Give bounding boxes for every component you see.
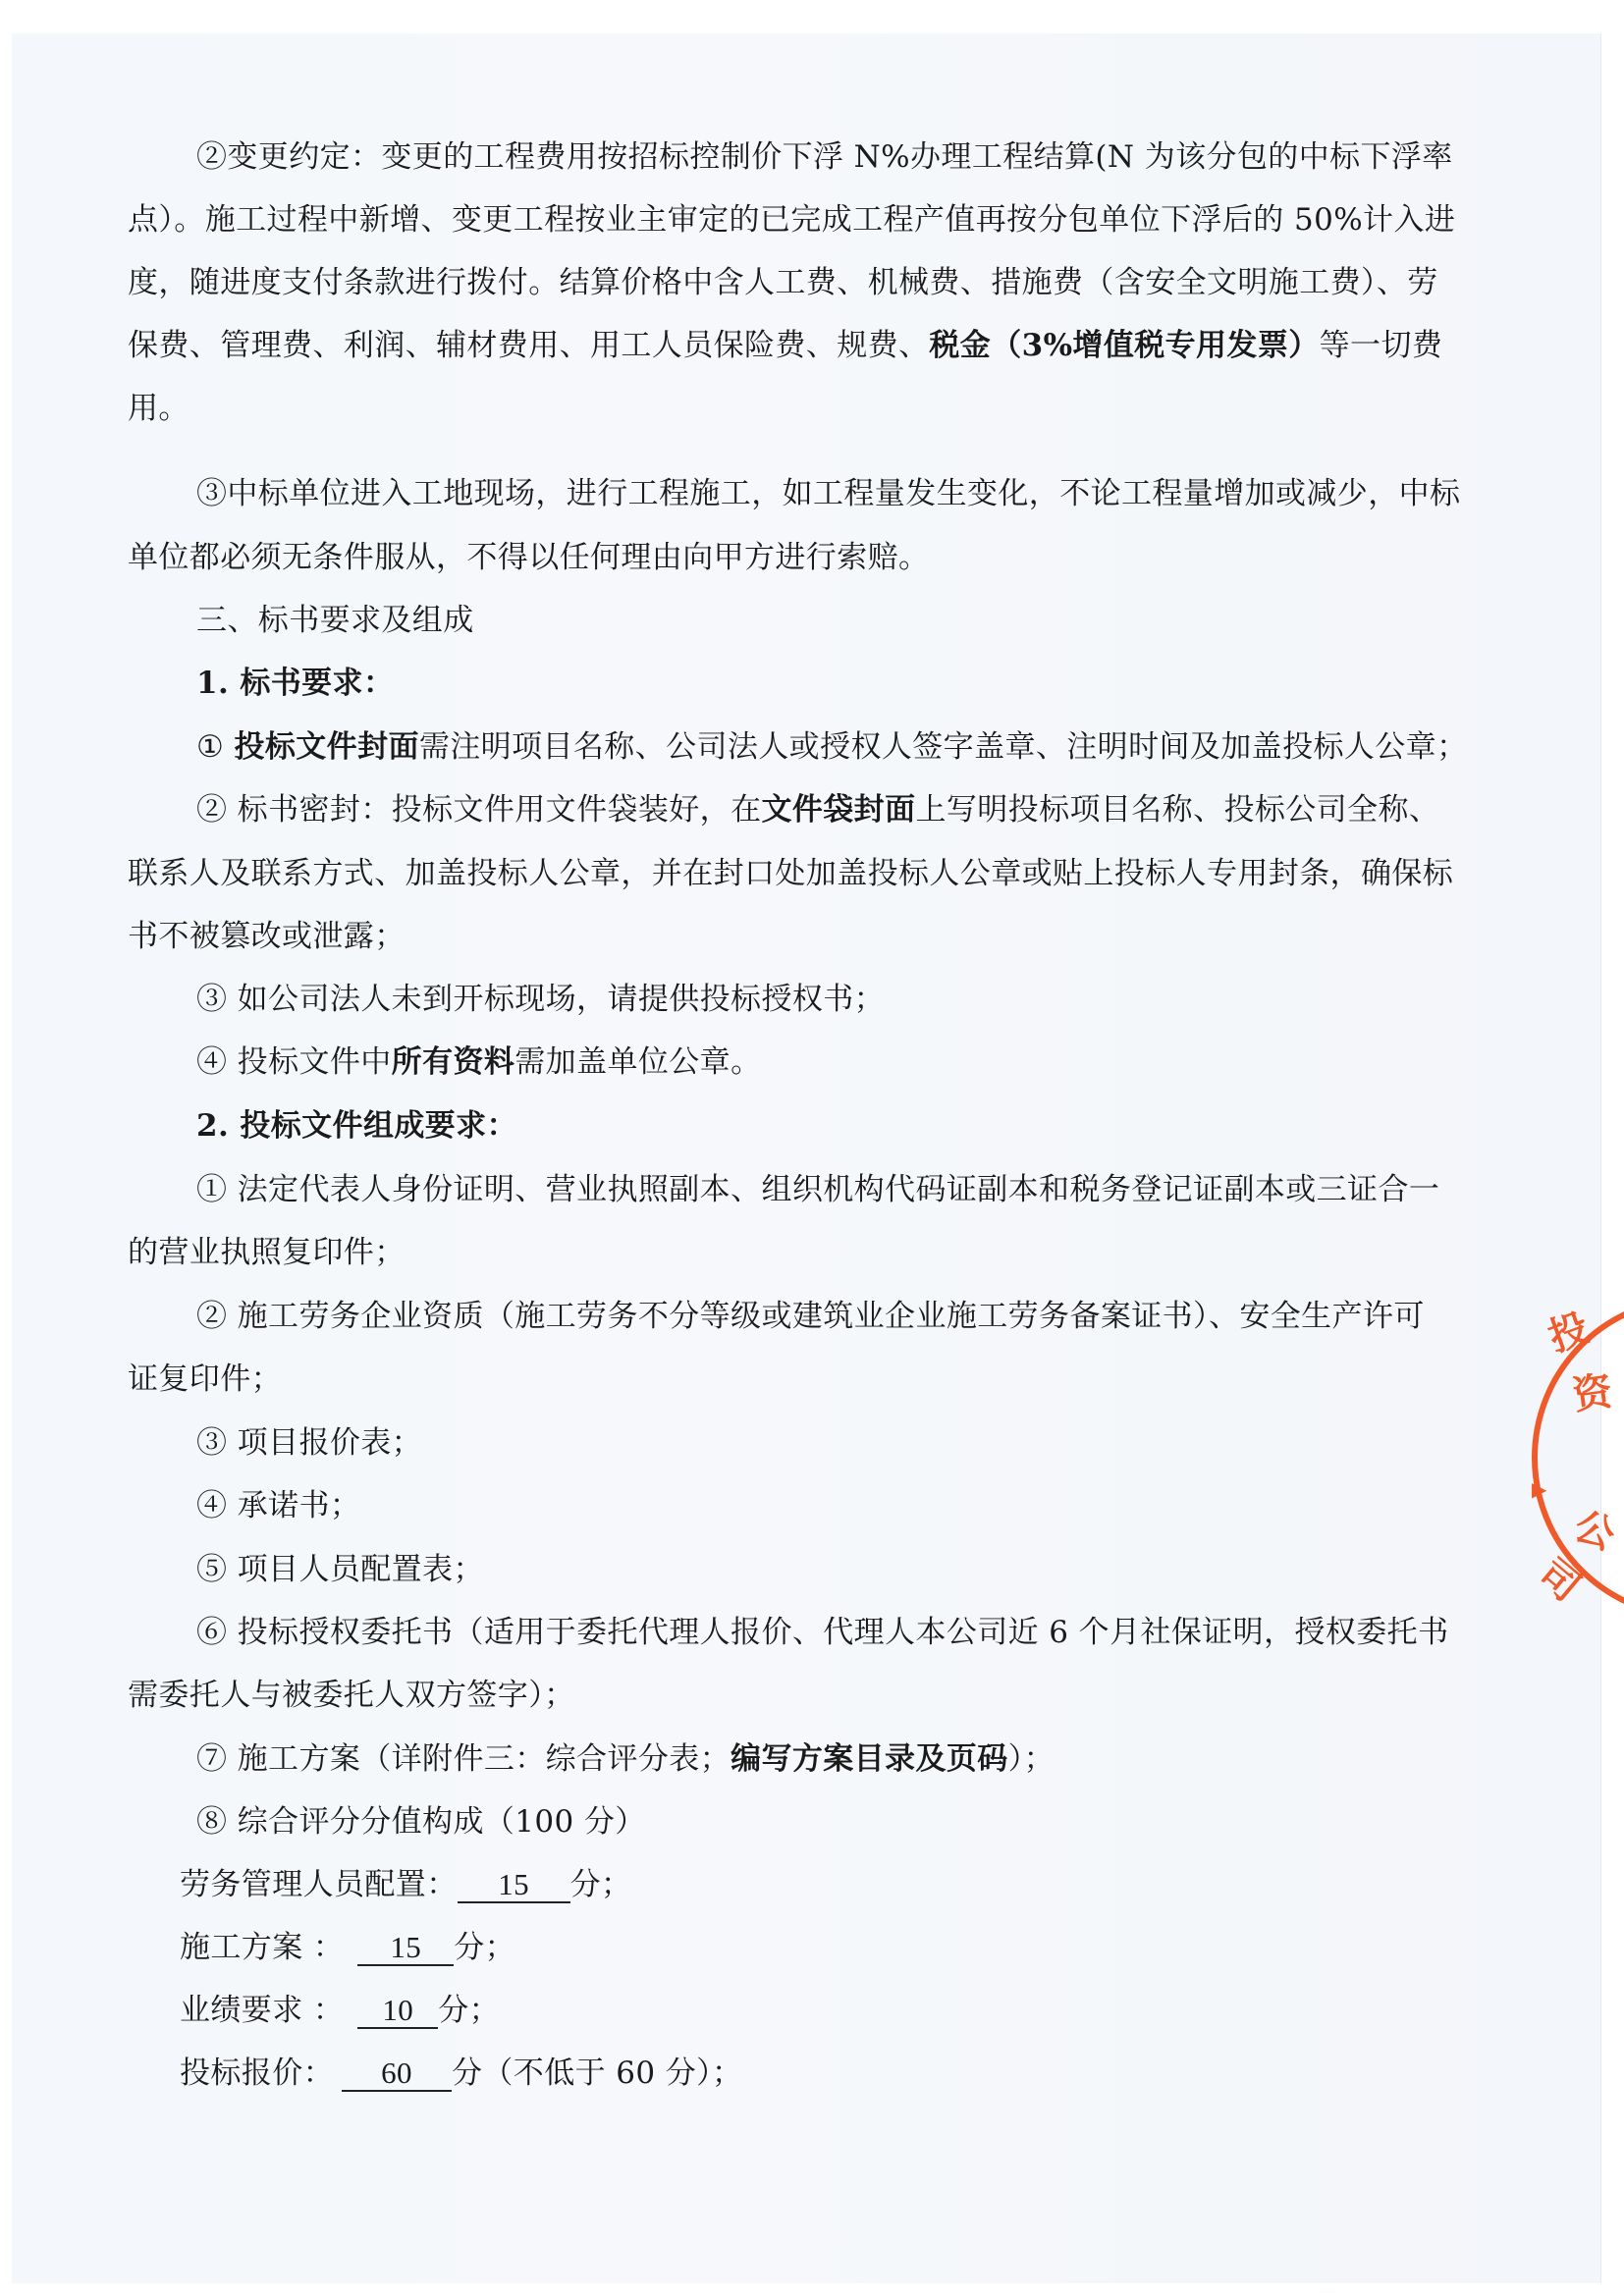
composition-item-7: ⑦ 施工方案（详附件三：综合评分表；编写方案目录及页码）； xyxy=(196,1739,1055,1779)
composition-item-6-line-2: 需委托人与被委托人双方签字）； xyxy=(128,1676,575,1715)
score-unit: 分； xyxy=(438,1993,500,2028)
score-value: 10 xyxy=(357,1994,438,2029)
text: 上写明投标项目名称、投标公司全称、 xyxy=(915,792,1439,828)
score-label: 施工方案 ： xyxy=(180,1930,344,1965)
composition-item-2: ② 施工劳务企业资质（施工劳务不分等级或建筑业企业施工劳务备案证书）、安全生产许… xyxy=(196,1297,1425,1336)
bid-req-item-3: ③ 如公司法人未到开标现场，请提供投标授权书； xyxy=(196,980,885,1019)
composition-item-5: ⑤ 项目人员配置表； xyxy=(196,1550,484,1589)
bid-req-item-4: ④ 投标文件中所有资料需加盖单位公章。 xyxy=(196,1042,761,1082)
num: ① xyxy=(196,729,224,765)
change-agreement-line-3: 度，随进度支付条款进行拨付。结算价格中含人工费、机械费、措施费（含安全文明施工费… xyxy=(128,263,1438,302)
bid-requirements-heading: 1. 标书要求： xyxy=(196,664,394,703)
text: 保费、管理费、利润、辅材费用、用工人员保险费、规费、 xyxy=(128,328,929,363)
all-materials-bold-text: 所有资料 xyxy=(392,1044,515,1080)
composition-item-1: ① 法定代表人身份证明、营业执照副本、组织机构代码证副本和税务登记证副本或三证合… xyxy=(196,1170,1439,1209)
bid-req-item-2-line-3: 书不被篡改或泄露； xyxy=(128,917,406,956)
score-construction-plan: 施工方案 ：15分； xyxy=(180,1928,515,1967)
seal-char: 资 xyxy=(1570,1371,1614,1415)
cover-bold-text: 投标文件封面 xyxy=(234,729,418,765)
company-seal-stamp: 投 资 公 司 ▶ xyxy=(1532,1296,1624,1639)
bid-req-item-2-line-2: 联系人及联系方式、加盖投标人公章，并在封口处加盖投标人公章或贴上投标人专用封条，… xyxy=(128,854,1453,893)
change-agreement-line-4: 保费、管理费、利润、辅材费用、用工人员保险费、规费、税金（3%增值税专用发票）等… xyxy=(128,326,1442,365)
text: ）； xyxy=(1008,1741,1055,1777)
quantity-clause-line-2: 单位都必须无条件服从，不得以任何理由向甲方进行索赔。 xyxy=(128,538,929,577)
tax-bold-text: 税金（3%增值税专用发票） xyxy=(929,328,1319,363)
composition-item-6: ⑥ 投标授权委托书（适用于委托代理人报价、代理人本公司近 6 个月社保证明，授权… xyxy=(196,1613,1448,1652)
text: 标书密封：投标文件用文件袋装好，在 xyxy=(238,792,762,828)
seal-triangle-icon: ▶ xyxy=(1532,1477,1546,1501)
composition-heading: 2. 投标文件组成要求： xyxy=(196,1106,517,1146)
score-value: 15 xyxy=(458,1868,570,1903)
score-unit: 分； xyxy=(454,1930,515,1965)
score-note: （不低于 60 分）； xyxy=(482,2056,742,2091)
score-label: 劳务管理人员配置： xyxy=(180,1867,458,1902)
score-value: 60 xyxy=(342,2056,452,2092)
composition-item-4: ④ 承诺书； xyxy=(196,1486,360,1525)
score-unit: 分 xyxy=(452,2056,482,2091)
score-value: 15 xyxy=(357,1931,454,1966)
score-performance: 业绩要求 ：10分； xyxy=(180,1991,500,2030)
quantity-clause-line-1: ③中标单位进入工地现场，进行工程施工，如工程量发生变化，不论工程量增加或减少，中… xyxy=(196,474,1460,513)
text: 等一切费 xyxy=(1320,328,1443,363)
composition-item-8: ⑧ 综合评分分值构成（100 分） xyxy=(196,1802,646,1842)
section-heading-3: 三、标书要求及组成 xyxy=(196,601,474,640)
num: ② xyxy=(196,792,227,828)
score-label: 投标报价： xyxy=(180,2056,334,2091)
bid-req-item-1: ① 投标文件封面需注明项目名称、公司法人或授权人签字盖章、注明时间及加盖投标人公… xyxy=(196,727,1467,767)
score-bid-price: 投标报价：60分（不低于 60 分）； xyxy=(180,2054,742,2093)
bid-req-item-2: ② 标书密封：投标文件用文件袋装好，在文件袋封面上写明投标项目名称、投标公司全称… xyxy=(196,790,1439,829)
text: ⑦ 施工方案（详附件三：综合评分表； xyxy=(196,1741,731,1777)
change-agreement-line-5: 用。 xyxy=(128,389,189,428)
composition-item-1-line-2: 的营业执照复印件； xyxy=(128,1233,406,1272)
text: 需加盖单位公章。 xyxy=(514,1044,761,1080)
score-labor-management: 劳务管理人员配置：15分； xyxy=(180,1865,631,1904)
score-unit: 分； xyxy=(570,1867,632,1902)
num: ④ xyxy=(196,1044,227,1080)
change-agreement-line-2: 点）。施工过程中新增、变更工程按业主审定的已完成工程产值再按分包单位下浮后的 5… xyxy=(128,200,1455,240)
change-agreement-line-1: ②变更约定：变更的工程费用按招标控制价下浮 N%办理工程结算(N 为该分包的中标… xyxy=(196,137,1453,177)
seal-char: 投 xyxy=(1543,1308,1594,1358)
composition-item-2-line-2: 证复印件； xyxy=(128,1360,282,1399)
score-label: 业绩要求 ： xyxy=(180,1993,344,2028)
toc-bold-text: 编写方案目录及页码 xyxy=(731,1741,1008,1777)
text: 需注明项目名称、公司法人或授权人签字盖章、注明时间及加盖投标人公章； xyxy=(419,729,1468,765)
composition-item-3: ③ 项目报价表； xyxy=(196,1423,422,1463)
text: 投标文件中 xyxy=(238,1044,392,1080)
envelope-bold-text: 文件袋封面 xyxy=(761,792,915,828)
